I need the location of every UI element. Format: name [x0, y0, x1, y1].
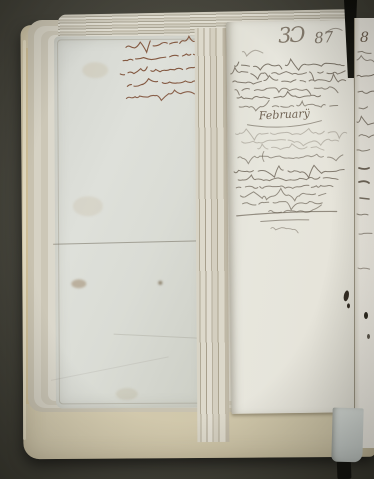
next-leaf-fore-edge: 8 — [354, 18, 374, 448]
ink-fleck — [364, 312, 368, 319]
next-leaf-marginal-marks — [355, 18, 374, 448]
page-stain — [82, 62, 108, 78]
quire-mark: 3Ɔ — [278, 22, 305, 47]
page-stain — [73, 196, 103, 216]
next-leaf-bottom-corner — [331, 408, 363, 463]
book-gutter-fold — [195, 28, 230, 442]
page-stain — [71, 279, 86, 288]
page-stain — [158, 281, 162, 285]
page-stain — [116, 388, 138, 400]
folio-number: 87 — [314, 28, 335, 48]
next-leaf-folio-number: 8 — [360, 30, 369, 46]
photo-background: 3Ɔ 87 Februarÿ 8 — [0, 0, 374, 479]
ink-blot — [347, 303, 350, 308]
ink-fleck — [367, 334, 370, 339]
handwritten-entries-right-page — [226, 20, 359, 414]
right-page: 3Ɔ 87 Februarÿ — [226, 20, 359, 414]
